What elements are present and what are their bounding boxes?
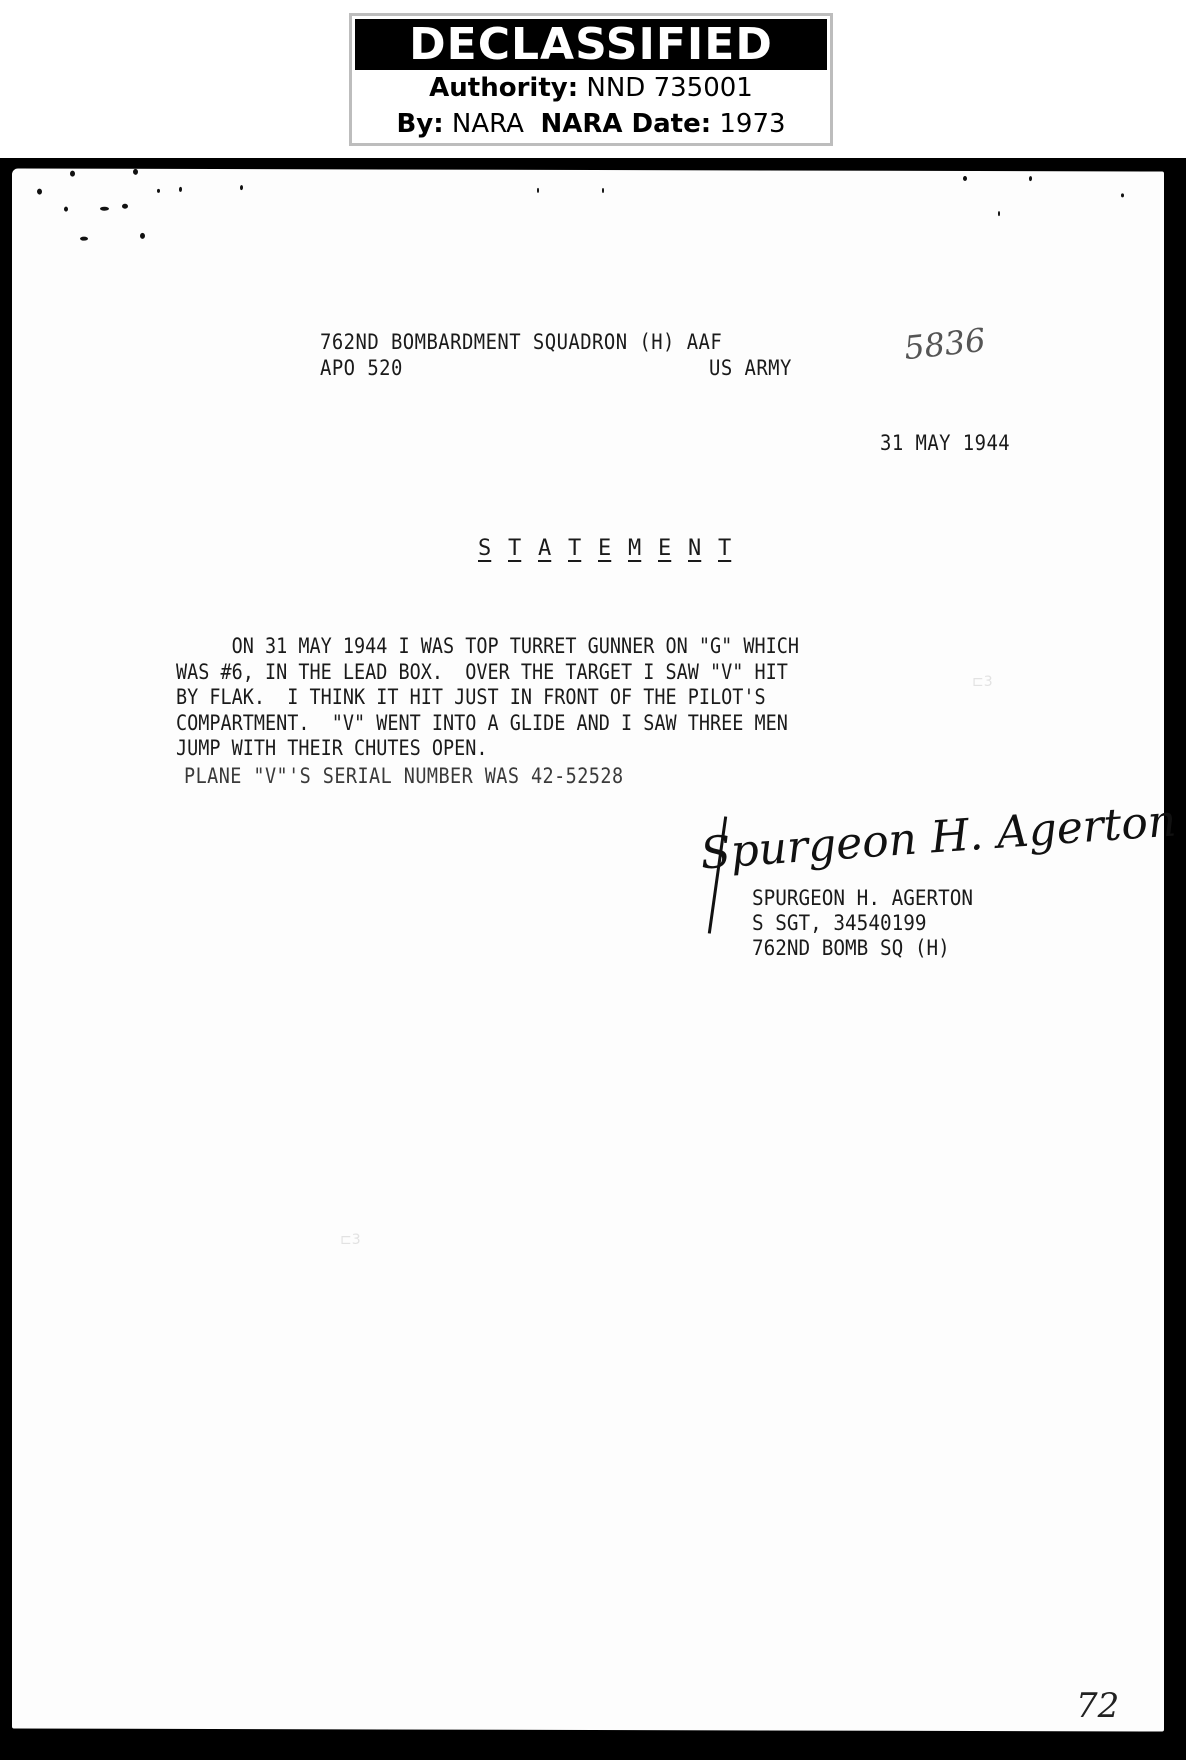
title-letter: N bbox=[688, 536, 718, 561]
title-letter: A bbox=[538, 536, 568, 561]
authority-value: NND 735001 bbox=[586, 73, 752, 103]
signature-block: SPURGEON H. AGERTONS SGT, 34540199762ND … bbox=[752, 886, 973, 961]
body-line: ON 31 MAY 1944 I WAS TOP TURRET GUNNER O… bbox=[176, 634, 799, 660]
authority-label: Authority: bbox=[429, 73, 578, 103]
document-page bbox=[12, 168, 1164, 1731]
page-number: 72 bbox=[1076, 1686, 1119, 1726]
faint-mark: ⊏3 bbox=[340, 1232, 361, 1248]
scan-speck bbox=[100, 207, 109, 211]
scan-speck bbox=[133, 169, 138, 175]
signer-unit: 762ND BOMB SQ (H) bbox=[752, 936, 973, 961]
document-date: 31 MAY 1944 bbox=[880, 431, 1010, 455]
by-label: By: bbox=[396, 109, 443, 139]
scan-speck bbox=[240, 185, 243, 190]
scan-speck bbox=[602, 188, 604, 193]
nara-date-value: 1973 bbox=[719, 109, 785, 139]
serial-number-addendum: PLANE "V"'S SERIAL NUMBER WAS 42-52528 bbox=[184, 764, 624, 788]
body-line: BY FLAK. I THINK IT HIT JUST IN FRONT OF… bbox=[176, 685, 799, 711]
scan-speck bbox=[80, 237, 88, 241]
title-letter: T bbox=[568, 536, 598, 561]
scan-speck bbox=[1029, 176, 1032, 181]
body-line: COMPARTMENT. "V" WENT INTO A GLIDE AND I… bbox=[176, 711, 799, 737]
scan-speck bbox=[537, 188, 539, 193]
statement-title: STATEMENT bbox=[478, 536, 748, 561]
scan-speck bbox=[122, 204, 128, 209]
scan-speck bbox=[179, 187, 182, 192]
scan-speck bbox=[37, 189, 42, 195]
scan-speck bbox=[70, 171, 75, 177]
body-line: JUMP WITH THEIR CHUTES OPEN. bbox=[176, 736, 799, 762]
scan-speck bbox=[963, 176, 967, 181]
stamp-authority: Authority: NND 735001 bbox=[352, 70, 830, 106]
signer-rank-serial: S SGT, 34540199 bbox=[752, 911, 973, 936]
nara-date-label: NARA Date: bbox=[540, 109, 711, 139]
letterhead-unit: 762ND BOMBARDMENT SQUADRON (H) AAF bbox=[320, 330, 722, 354]
title-letter: E bbox=[658, 536, 688, 561]
signer-name: SPURGEON H. AGERTON bbox=[752, 886, 973, 911]
scan-speck bbox=[1121, 193, 1124, 197]
scan-speck bbox=[64, 207, 68, 212]
scan-speck bbox=[998, 211, 1000, 216]
title-letter: T bbox=[718, 536, 748, 561]
scan-speck bbox=[140, 233, 145, 239]
title-letter: E bbox=[598, 536, 628, 561]
stamp-by-date: By: NARA NARA Date: 1973 bbox=[352, 106, 830, 142]
statement-body: ON 31 MAY 1944 I WAS TOP TURRET GUNNER O… bbox=[176, 634, 799, 762]
body-line: WAS #6, IN THE LEAD BOX. OVER THE TARGET… bbox=[176, 660, 799, 686]
letterhead-apo: APO 520 bbox=[320, 356, 403, 380]
letterhead-branch: US ARMY bbox=[709, 356, 792, 380]
stamp-title: DECLASSIFIED bbox=[355, 19, 827, 70]
faint-mark: ⊏3 bbox=[972, 674, 993, 690]
scan-speck bbox=[157, 189, 160, 193]
by-value: NARA bbox=[452, 109, 524, 139]
title-letter: M bbox=[628, 536, 658, 561]
title-letter: S bbox=[478, 536, 508, 561]
title-letter: T bbox=[508, 536, 538, 561]
declassified-stamp: DECLASSIFIED Authority: NND 735001 By: N… bbox=[349, 13, 833, 146]
